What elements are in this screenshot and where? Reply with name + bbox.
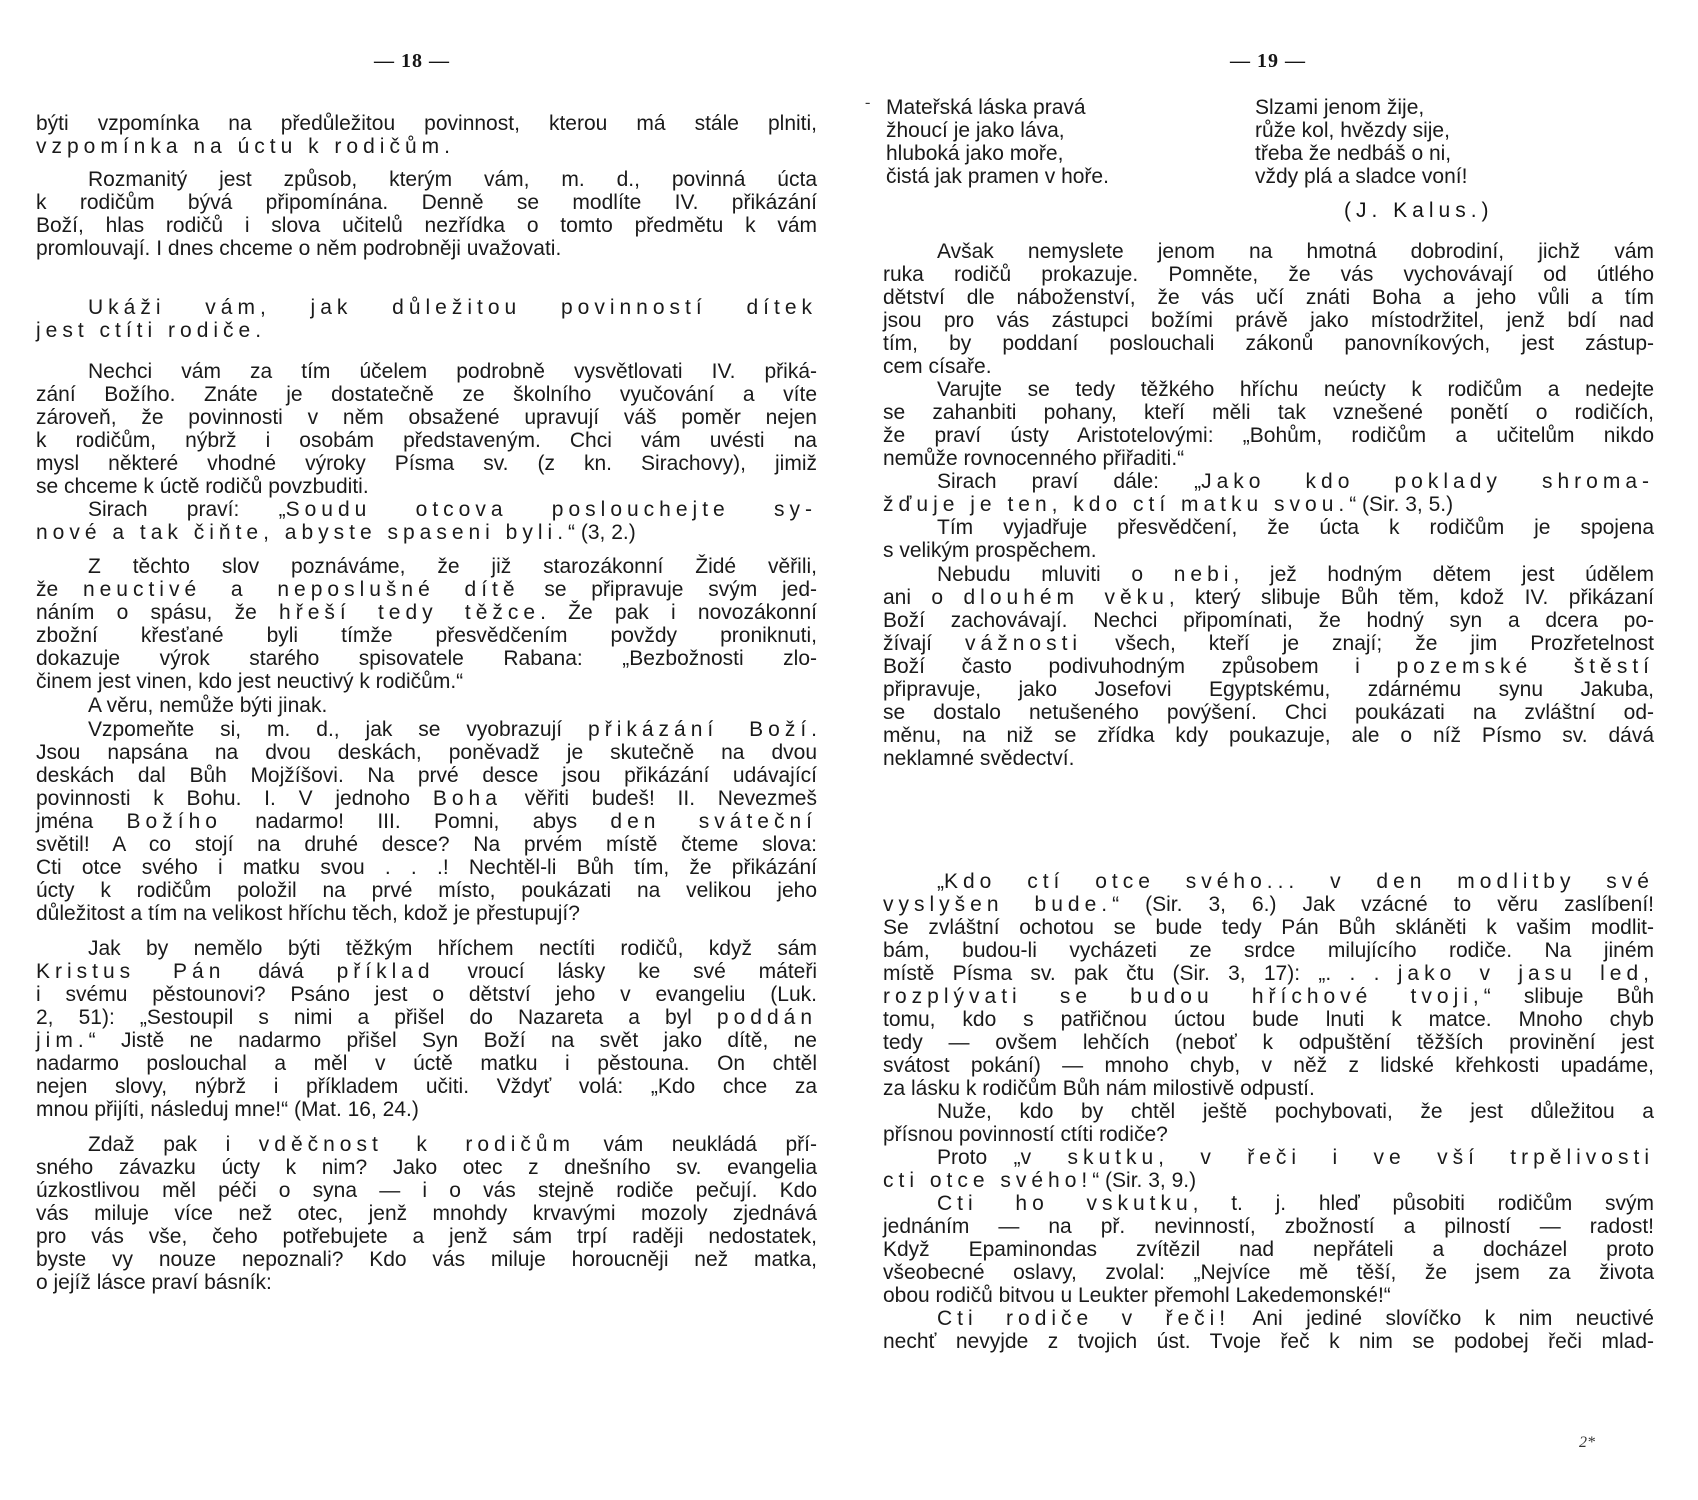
text-line: cem císaře. [883,355,992,379]
text-run: vám neukládá pří- [575,1133,817,1156]
text-run: cem císaře. [883,355,992,378]
text-run: Proto „ [937,1146,1021,1169]
text-line: jim.“ Jistě ne nadarmo přišel Syn Boží n… [36,1029,817,1053]
text-run: za lásku k rodičům Bůh nám milostivě odp… [883,1077,1315,1100]
text-run: úcty k rodičům položil na prvé místo, po… [36,879,817,902]
text-line: důležitost a tím na velikost hříchu těch… [36,902,580,926]
text-line: Varujte se tedy těžkého hříchu neúcty k … [937,378,1654,402]
emphasized-text: jest ctíti rodiče. [36,319,266,342]
text-run: 2, 51): „Sestoupil s nimi a přišel do Na… [36,1006,717,1029]
text-run: Boží často podivuhodným způsobem i [883,655,1396,678]
text-run: Rozmanitý jest způsob, kterým vám, m. d.… [88,168,817,191]
text-run: se připravuje svým jed- [520,578,817,601]
text-run: promlouvají. I dnes chceme o něm podrobn… [36,237,561,260]
text-run: se dostalo netušeného povýšení. Chci pou… [883,701,1654,724]
text-line: že praví ústy Aristotelovými: „Bohům, ro… [883,424,1654,448]
text-run: deskách dal Bůh Mojžíšovi. Na prvé desce… [36,764,817,787]
text-run: místě Písma sv. pak čtu (Sir. 3, 17): „.… [883,962,1398,985]
text-line: pro vás vše, čeho potřebujete a jenž sám… [36,1225,817,1249]
text-run: , jež hodným dětem jest údělem [1233,563,1654,586]
text-line: promlouvají. I dnes chceme o něm podrobn… [36,237,561,261]
left-page: — 18 — býti vzpomínka na předůležitou po… [0,0,849,1500]
text-run: byste vy nouze nepoznali? Kdo vás miluje… [36,1248,817,1271]
text-run: Ani jediné slovíčko k nim neuctivé [1230,1307,1654,1330]
poem-line: žhoucí je jako láva, [886,119,1065,143]
text-line: Kristus Pán dává příklad vroucí lásky ke… [36,960,817,984]
text-line: Nebudu mluviti o nebi, jež hodným dětem … [937,563,1654,587]
right-page: — 19 — - Mateřská láska pravá žhoucí je … [849,0,1698,1500]
poem-line: čistá jak pramen v hoře. [886,165,1109,189]
text-run: důležitost a tím na velikost hříchu těch… [36,902,580,925]
text-run: věřiti budeš! II. Nevezmeš [502,787,817,810]
text-line: Se zvláštní ochotou se bude tedy Pán Bůh… [883,916,1654,940]
emphasized-text: nové a tak čiňte, abyste spaseni byli. [36,521,568,544]
text-line: bám, budou-li vycházeti ze srdce milujíc… [883,939,1654,963]
emphasized-text: cti otce svého! [883,1169,1092,1192]
text-run: “ (Sir. 3, 6.) Jak vzácné to věru zaslíb… [1112,893,1654,916]
text-run: i svému pěstounovi? Psáno jest o dětství… [36,983,817,1006]
poem-line: Mateřská láska pravá [886,96,1086,120]
text-line: Nuže, kdo by chtěl ještě pochybovati, že… [937,1100,1654,1124]
emphasized-text: nebi [1174,563,1234,586]
text-line: za lásku k rodičům Bůh nám milostivě odp… [883,1077,1315,1101]
text-line: úzkostlivou měl péči o syna — i o vás st… [36,1179,817,1203]
poem-line: třeba že nedbáš o ni, [1255,142,1451,166]
text-run: tedy — ovšem lehčích (neboť k odpuštění … [883,1031,1654,1054]
text-line: nové a tak čiňte, abyste spaseni byli.“ … [36,521,636,545]
text-run: Se zvláštní ochotou se bude tedy Pán Bůh… [883,916,1654,939]
emphasized-text: vyslyšen bude. [883,893,1112,916]
text-run: nechť nevyjde z tvojich úst. Tvoje řeč k… [883,1330,1654,1353]
text-line: úcty k rodičům položil na prvé místo, po… [36,879,817,903]
text-line: tedy — ovšem lehčích (neboť k odpuštění … [883,1031,1654,1055]
text-line: se dostalo netušeného povýšení. Chci pou… [883,701,1654,725]
emphasized-text: Boha [433,787,502,810]
text-line: nadarmo poslouchal a měl v úctě matku i … [36,1052,817,1076]
text-line: Zdaž pak i vděčnost k rodičům vám neuklá… [88,1133,817,1157]
text-run: Vzpomeňte si, m. d., jak se vyobrazují [88,718,588,741]
text-run: nejen slovy, nýbrž i příkladem učiti. Vž… [36,1075,817,1098]
text-line: Sirach praví dále: „Jako kdo poklady shr… [937,470,1654,494]
text-line: ani o dlouhém věku, který slibuje Bůh tě… [883,586,1654,610]
text-line: připravuje, jako Josefovi Egyptskému, zd… [883,678,1654,702]
text-line: činem jest vinen, kdo jest neuctivý k ro… [36,670,463,694]
emphasized-text: neuctivé a neposlušné dítě [83,578,520,601]
text-run: k rodičům bývá připomínána. Denně se mod… [36,191,817,214]
emphasized-text: jim. [36,1029,89,1052]
text-line: zároveň, že povinnosti v něm obsažené up… [36,406,817,430]
text-run: činem jest vinen, kdo jest neuctivý k ro… [36,670,463,693]
page-number: — 18 — [374,50,450,73]
text-run: mysl některé vhodné výroky Písma sv. (z … [36,452,817,475]
text-line: Cti rodiče v řeči! Ani jediné slovíčko k… [937,1307,1654,1331]
emphasized-text: hřeší tedy těžce [279,601,540,624]
text-line: vyslyšen bude.“ (Sir. 3, 6.) Jak vzácné … [883,893,1654,917]
emphasized-text: dlouhém věku [964,586,1169,609]
text-run: zání Božího. Znáte je dostatečně ze škol… [36,383,817,406]
emphasized-text: Soudu otcova poslouchejte sy- [286,498,817,521]
text-run: k rodičům, nýbrž i osobám představeným. … [36,429,817,452]
text-line: mnou přijíti, následuj mne!“ (Mat. 16, 2… [36,1098,419,1122]
text-run: “ (Sir. 3, 9.) [1092,1169,1196,1192]
text-run: Sirach praví dále: „ [937,470,1201,493]
text-run: připravuje, jako Josefovi Egyptskému, zd… [883,678,1654,701]
text-line: Proto „v skutku, v řeči i ve vší trpěliv… [937,1146,1654,1170]
text-line: přísnou povinností ctíti rodiče? [883,1123,1168,1147]
emphasized-text: vzpomínka na úctu k rodičům. [36,135,455,158]
text-line: A věru, nemůže býti jinak. [88,694,327,718]
text-line: se chceme k úctě rodičů povzbuditi. [36,475,369,499]
text-run: dává [225,960,336,983]
text-run: nadarmo poslouchal a měl v úctě matku i … [36,1052,817,1075]
text-line: tím, by poddaní poslouchali zákonů panov… [883,332,1654,356]
text-run: měnu, na niž se zřídka kdy poukazuje, al… [883,724,1654,747]
emphasized-text: Ukáži vám, jak důležitou povinností díte… [88,296,817,319]
text-run: úzkostlivou měl péči o syna — i o vás st… [36,1179,817,1202]
text-run: , který slibuje Bůh těm, kdož IV. přikáz… [1169,586,1654,609]
text-run: se zahanbiti pohany, kteří měli tak vzne… [883,401,1654,424]
text-line: vás miluje více než otec, jenž mnohdy kr… [36,1202,817,1226]
text-line: nemůže rovnocenného přiřaditi.“ [883,447,1184,471]
text-line: rozplývati se budou hříchové tvoji,“ sli… [883,985,1654,1009]
poem-line: hluboká jako moře, [886,142,1063,166]
text-run: všeobecné oslavy, zvolal: „Nejvíce mě tě… [883,1261,1654,1284]
text-line: cti otce svého!“ (Sir. 3, 9.) [883,1169,1196,1193]
text-run: , t. j. hleď působiti rodičům svým [1193,1192,1654,1215]
text-line: 2, 51): „Sestoupil s nimi a přišel do Na… [36,1006,817,1030]
text-run: zbožní křesťané byli tímže přesvědčením … [36,624,817,647]
text-run: Cti otce svého i matku svou . . .! Necht… [36,856,817,879]
text-run: Nechci vám za tím účelem podrobně vysvět… [88,360,817,383]
text-run: býti vzpomínka na předůležitou povinnost… [36,112,817,135]
emphasized-text: poddán [717,1006,817,1029]
text-line: se zahanbiti pohany, kteří měli tak vzne… [883,401,1654,425]
text-line: „Kdo ctí otce svého... v den modlitby sv… [937,870,1654,894]
text-run: že [36,578,83,601]
text-line: neklamné svědectví. [883,747,1074,771]
emphasized-text: příklad [337,960,435,983]
text-run: jména [36,810,127,833]
text-run: . [811,718,817,741]
text-run: s velikým prospěchem. [883,539,1097,562]
text-run: vroucí lásky ke své máteři [435,960,817,983]
text-run: “ (Sir. 3, 5.) [1349,493,1453,516]
text-line: Boží zachovávají. Nechci připomínati, že… [883,609,1654,633]
text-line: náním o spásu, že hřeší tedy těžce. Že p… [36,601,817,625]
text-run: bám, budou-li vycházeti ze srdce milujíc… [883,939,1654,962]
text-run: neklamné svědectví. [883,747,1074,770]
text-run: tomu, kdo s patřičnou úctou bude lnuti k… [883,1008,1654,1031]
text-line: Z těchto slov poznáváme, že již starozák… [88,555,817,579]
text-run: Varujte se tedy těžkého hříchu neúcty k … [937,378,1654,401]
emphasized-text: žďuje je ten, kdo ctí matku svou. [883,493,1349,516]
text-run: světil! A co stojí na druhé desce? Na pr… [36,833,817,856]
text-line: jména Božího nadarmo! III. Pomni, abys d… [36,810,817,834]
text-line: Jak by nemělo býti těžkým hříchem nectít… [88,937,817,961]
text-run: Tím vyjadřuje přesvědčení, že úcta k rod… [937,516,1654,539]
text-line: Rozmanitý jest způsob, kterým vám, m. d.… [88,168,817,192]
text-run: “ (3, 2.) [568,521,636,544]
text-run: . Že pak i novozákonní [540,601,817,624]
text-run: pro vás vše, čeho potřebujete a jenž sám… [36,1225,817,1248]
text-line: Avšak nemyslete jenom na hmotná dobrodin… [937,240,1654,264]
text-run: přísnou povinností ctíti rodiče? [883,1123,1168,1146]
text-run: Sirach praví: „ [88,498,286,521]
text-line: místě Písma sv. pak čtu (Sir. 3, 17): „.… [883,962,1654,986]
text-line: byste vy nouze nepoznali? Kdo vás miluje… [36,1248,817,1272]
text-run: Zdaž pak i [88,1133,259,1156]
page-number: — 19 — [1230,50,1306,73]
text-line: povinnosti k Bohu. I. V jednoho Boha věř… [36,787,817,811]
text-run: sného závazku úcty k nim? Jako otec z dn… [36,1156,817,1179]
text-line: žďuje je ten, kdo ctí matku svou.“ (Sir.… [883,493,1453,517]
stray-mark: - [865,94,870,112]
emphasized-text: vděčnost k rodičům [259,1133,575,1156]
emphasized-text: přikázání Boží [588,718,811,741]
text-run: “ slibuje Bůh [1484,985,1654,1008]
text-line: měnu, na niž se zřídka kdy poukazuje, al… [883,724,1654,748]
text-line: dokazuje výrok starého spisovatele Raban… [36,647,817,671]
text-line: Cti otce svého i matku svou . . .! Necht… [36,856,817,880]
text-line: nechť nevyjde z tvojich úst. Tvoje řeč k… [883,1330,1654,1354]
emphasized-text: jako v jasu led, [1398,962,1654,985]
text-run: tím, by poddaní poslouchali zákonů panov… [883,332,1654,355]
text-run: ruka rodičů prokazuje. Pomněte, že vás v… [883,263,1654,286]
text-line: k rodičům bývá připomínána. Denně se mod… [36,191,817,215]
text-line: jednáním — na př. nevinností, zbožností … [883,1215,1654,1239]
text-run: Boží zachovávají. Nechci připomínati, že… [883,609,1654,632]
text-run: mnou přijíti, následuj mne!“ (Mat. 16, 2… [36,1098,419,1121]
text-line: jsou pro vás zástupci božími právě jako … [883,309,1654,333]
text-line: jest ctíti rodiče. [36,319,266,343]
emphasized-text: rozplývati se budou hříchové tvoji, [883,985,1484,1008]
text-line: mysl některé vhodné výroky Písma sv. (z … [36,452,817,476]
text-run: Jsou napsána na dvou deskách, poněvadž j… [36,741,817,764]
text-line: Sirach praví: „Soudu otcova poslouchejte… [88,498,817,522]
emphasized-text: Cti rodiče v řeči! [937,1307,1230,1330]
emphasized-text: Kdo ctí otce svého... v den modlitby své [944,870,1654,893]
text-run: jednáním — na př. nevinností, zbožností … [883,1215,1654,1238]
text-line: obou rodičů bitvou u Leukter přemohl Lak… [883,1284,1391,1308]
text-run: že praví ústy Aristotelovými: „Bohům, ro… [883,424,1654,447]
text-line: Nechci vám za tím účelem podrobně vysvět… [88,360,817,384]
signature-mark: 2* [1579,1434,1595,1452]
text-run: se chceme k úctě rodičů povzbuditi. [36,475,369,498]
text-line: Vzpomeňte si, m. d., jak se vyobrazují p… [88,718,817,742]
text-line: o jejíž lásce praví básník: [36,1271,272,1295]
text-run: Nebudu mluviti o [937,563,1174,586]
emphasized-text: vážnosti [965,632,1082,655]
emphasized-text: Cti ho vskutku [937,1192,1193,1215]
text-run: nadarmo! III. Pomni, abys [222,810,610,833]
emphasized-text: Božího [127,810,222,833]
emphasized-text: Kristus Pán [36,960,225,983]
text-line: dětství dle náboženství, že vás učí znát… [883,286,1654,310]
text-line: Ukáži vám, jak důležitou povinností díte… [88,296,817,320]
text-line: zbožní křesťané byli tímže přesvědčením … [36,624,817,648]
emphasized-text: den sváteční [610,810,817,833]
text-run: dětství dle náboženství, že vás učí znát… [883,286,1654,309]
text-line: Tím vyjadřuje přesvědčení, že úcta k rod… [937,516,1654,540]
text-line: Jsou napsána na dvou deskách, poněvadž j… [36,741,817,765]
text-line: Boží často podivuhodným způsobem i pozem… [883,655,1654,679]
text-line: nejen slovy, nýbrž i příkladem učiti. Vž… [36,1075,817,1099]
text-line: sného závazku úcty k nim? Jako otec z dn… [36,1156,817,1180]
poem-line: Slzami jenom žije, [1255,96,1424,120]
poem-line: vždy plá a sladce voní! [1255,165,1467,189]
text-line: Boží, hlas rodičů i slova učitelů nezříd… [36,214,817,238]
text-line: ruka rodičů prokazuje. Pomněte, že vás v… [883,263,1654,287]
text-run: Boží, hlas rodičů i slova učitelů nezříd… [36,214,817,237]
text-run: obou rodičů bitvou u Leukter přemohl Lak… [883,1284,1391,1307]
text-run: “ Jistě ne nadarmo přišel Syn Boží na sv… [89,1029,817,1052]
text-run: nemůže rovnocenného přiřaditi.“ [883,447,1184,470]
emphasized-text: pozemské štěstí [1396,655,1654,678]
text-line: žívají vážnosti všech, kteří je znají; ž… [883,632,1654,656]
text-run: vás miluje více než otec, jenž mnohdy kr… [36,1202,817,1225]
text-line: býti vzpomínka na předůležitou povinnost… [36,112,817,136]
text-run: Jak by nemělo býti těžkým hříchem nectít… [88,937,817,960]
emphasized-text: v skutku, v řeči i ve vší trpělivosti [1021,1146,1654,1169]
text-line: světil! A co stojí na druhé desce? Na pr… [36,833,817,857]
text-line: svátost pokání) — mnoho chyb, v něž z li… [883,1054,1654,1078]
text-line: že neuctivé a neposlušné dítě se připrav… [36,578,817,602]
text-run: dokazuje výrok starého spisovatele Raban… [36,647,817,670]
text-run: Když Epaminondas zvítězil nad nepřáteli … [883,1238,1654,1261]
text-line: deskách dal Bůh Mojžíšovi. Na prvé desce… [36,764,817,788]
text-run: všech, kteří je znají; že jim Prozřeteln… [1082,632,1654,655]
text-run: A věru, nemůže býti jinak. [88,694,327,717]
text-run: svátost pokání) — mnoho chyb, v něž z li… [883,1054,1654,1077]
poem-attribution: (J. Kalus.) [1344,199,1494,223]
text-line: i svému pěstounovi? Psáno jest o dětství… [36,983,817,1007]
text-line: Cti ho vskutku, t. j. hleď působiti rodi… [937,1192,1654,1216]
text-line: tomu, kdo s patřičnou úctou bude lnuti k… [883,1008,1654,1032]
text-run: jsou pro vás zástupci božími právě jako … [883,309,1654,332]
text-line: zání Božího. Znáte je dostatečně ze škol… [36,383,817,407]
text-run: povinnosti k Bohu. I. V jednoho [36,787,433,810]
text-run: Avšak nemyslete jenom na hmotná dobrodin… [937,240,1654,263]
text-line: s velikým prospěchem. [883,539,1097,563]
text-run: zároveň, že povinnosti v něm obsažené up… [36,406,817,429]
text-run: Z těchto slov poznáváme, že již starozák… [88,555,817,578]
text-run: o jejíž lásce praví básník: [36,1271,272,1294]
text-line: Když Epaminondas zvítězil nad nepřáteli … [883,1238,1654,1262]
text-line: k rodičům, nýbrž i osobám představeným. … [36,429,817,453]
text-line: vzpomínka na úctu k rodičům. [36,135,455,159]
text-run: náním o spásu, že [36,601,279,624]
text-run: Nuže, kdo by chtěl ještě pochybovati, že… [937,1100,1654,1123]
text-run: žívají [883,632,965,655]
text-run: ani o [883,586,964,609]
text-line: všeobecné oslavy, zvolal: „Nejvíce mě tě… [883,1261,1654,1285]
emphasized-text: Jako kdo poklady shroma- [1201,470,1654,493]
poem-line: růže kol, hvězdy sije, [1255,119,1450,143]
text-run: „ [937,870,944,893]
